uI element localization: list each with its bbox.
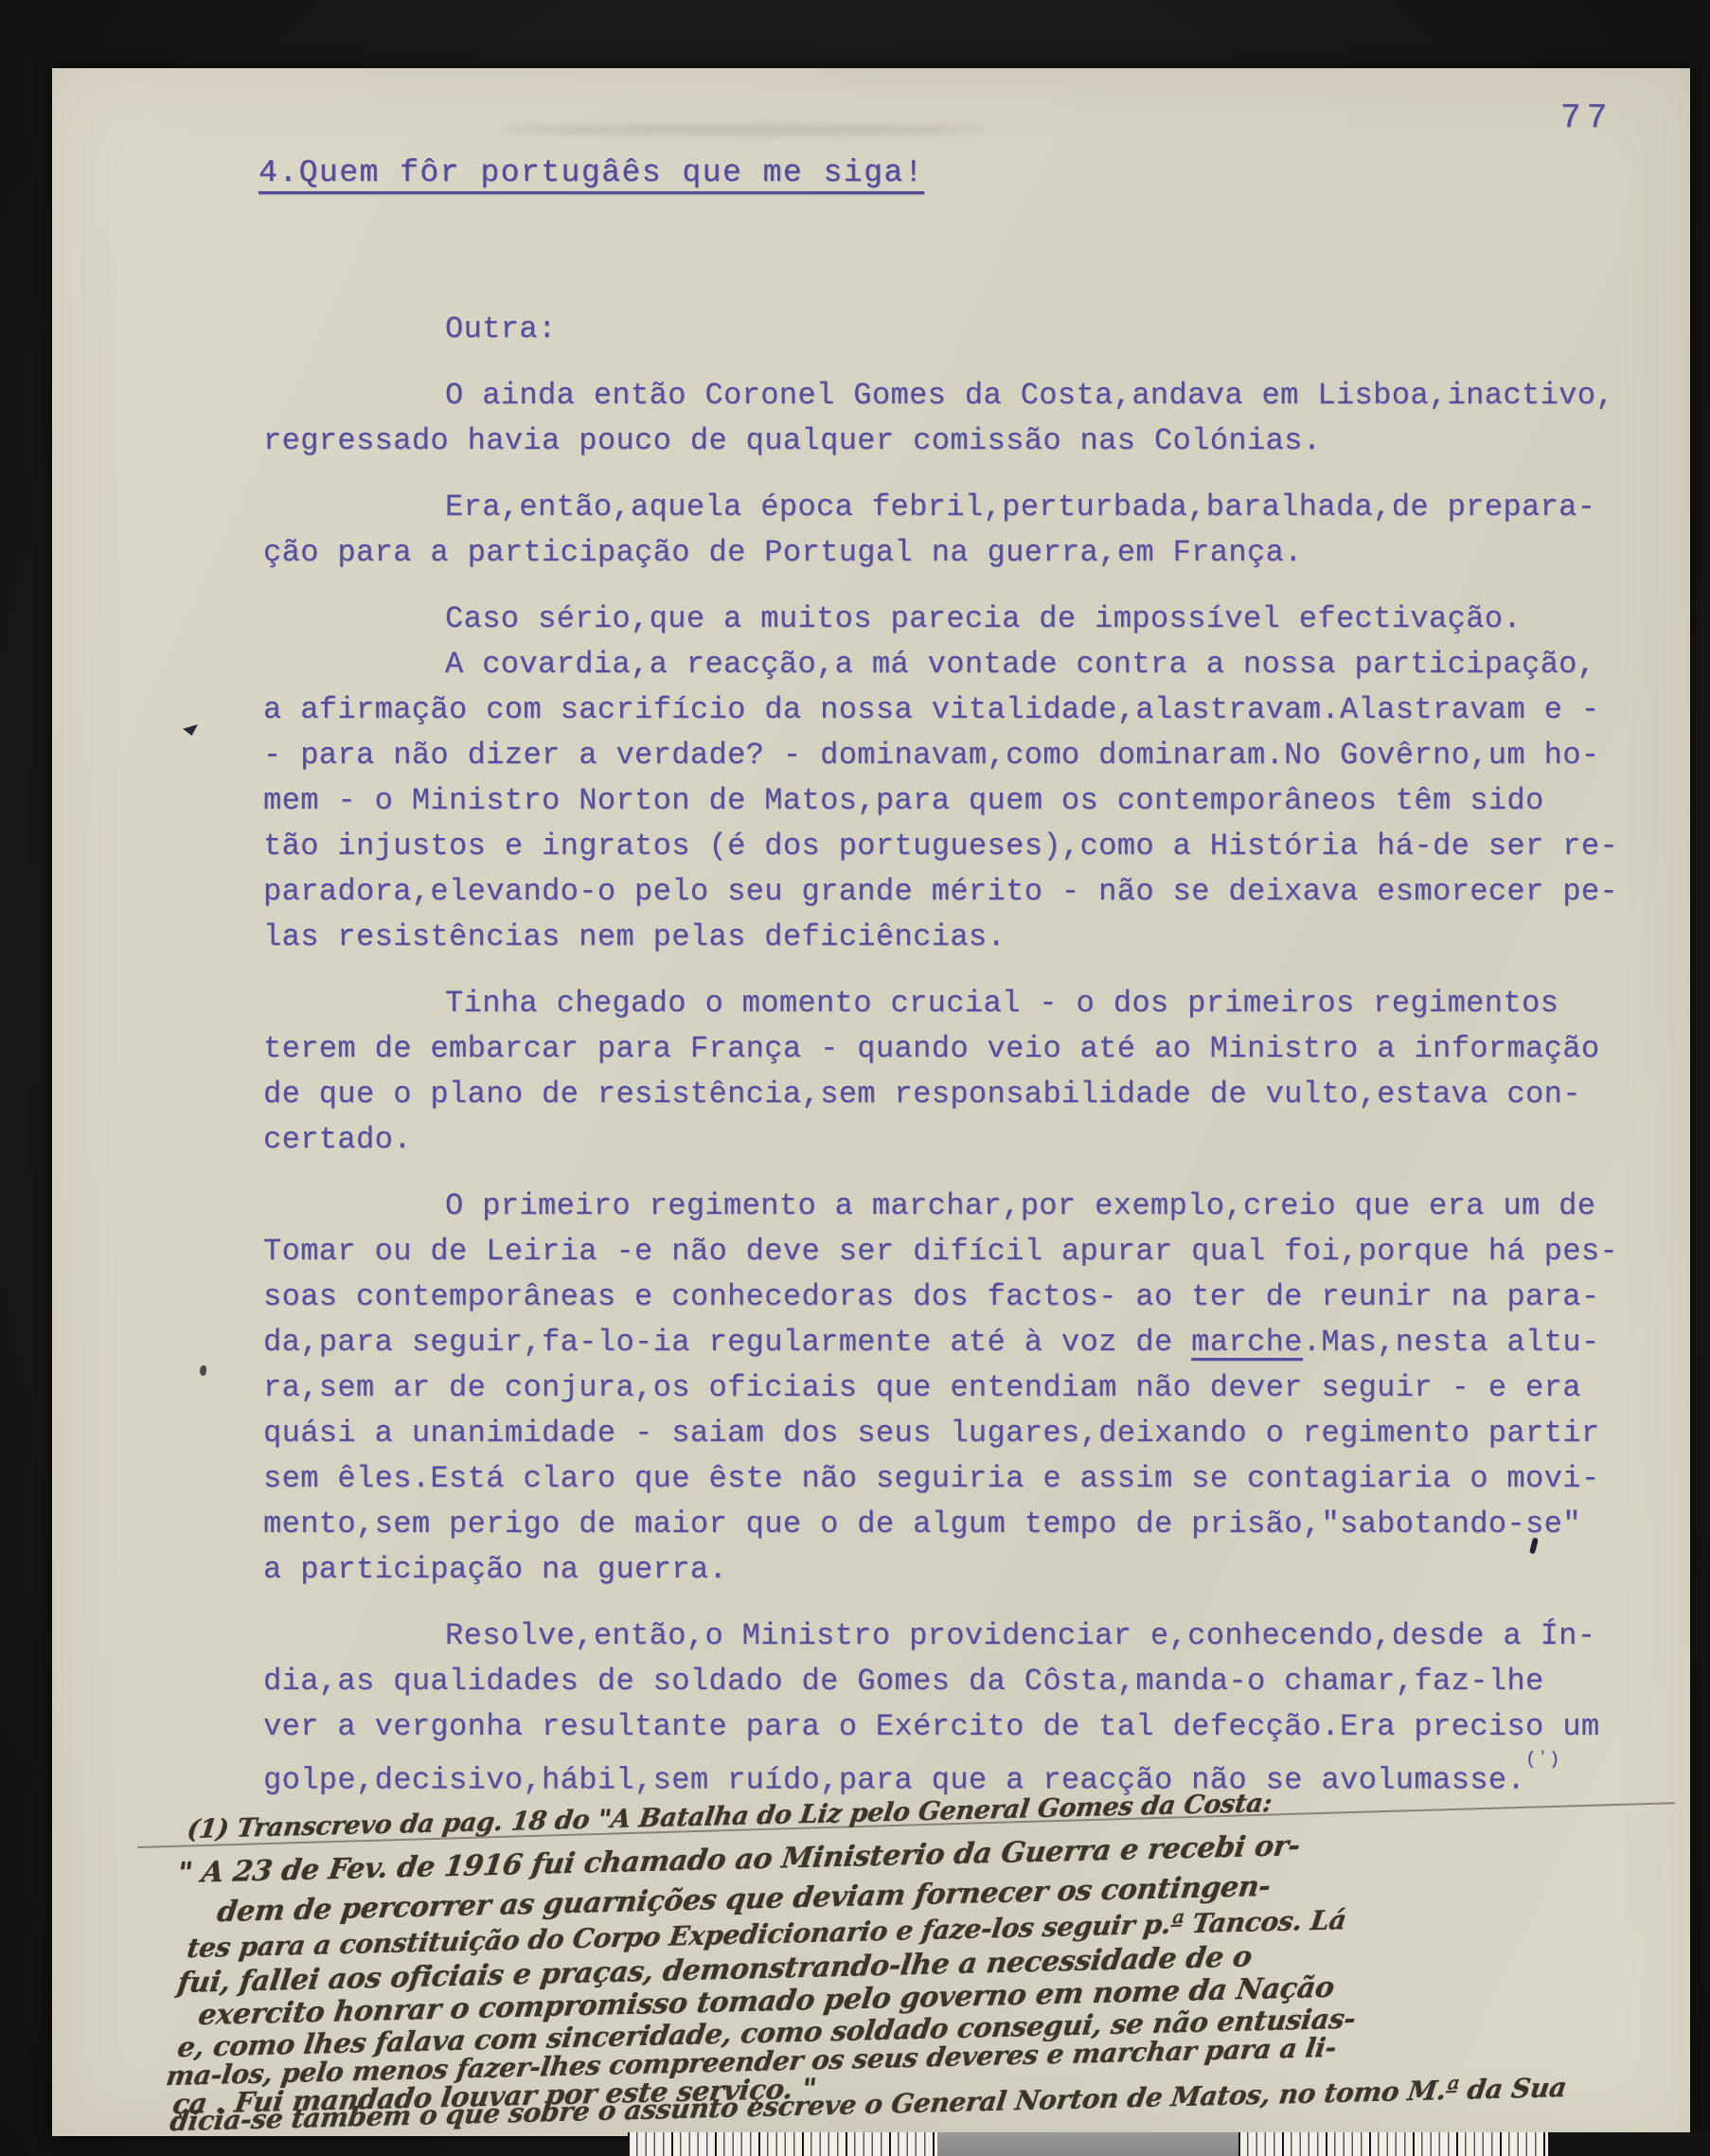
typed-line: ver a vergonha resultante para o Exércit… <box>263 1704 1665 1750</box>
typed-line: Resolve,então,o Ministro providenciar e,… <box>263 1613 1665 1659</box>
typed-line: quási a unanimidade - saiam dos seus lug… <box>263 1411 1665 1456</box>
pencil-smudge <box>497 123 989 136</box>
scale-ruler <box>628 2132 1710 2156</box>
footnote-line: exercito honrar o compromisso tomado pel… <box>196 1971 1336 2032</box>
footnote-line: ma-los, pelo menos fazer-lhes compreende… <box>165 2032 1339 2092</box>
typed-line: sem êles.Está claro que êste não seguiri… <box>263 1456 1665 1502</box>
typed-line: Tomar ou de Leiria -e não deve ser difíc… <box>263 1229 1665 1274</box>
typed-paragraph: Outra: <box>263 307 1665 352</box>
typed-line: Tinha chegado o momento crucial - o dos … <box>263 981 1665 1026</box>
typed-line: dia,as qualidades de soldado de Gomes da… <box>263 1659 1665 1704</box>
typed-line: regressado havia pouco de qualquer comis… <box>263 419 1665 464</box>
footnote-line: " A 23 de Fev. de 1916 fui chamado ao Mi… <box>175 1829 1302 1890</box>
footnote-line: ça . Fui mandado louvar por este serviço… <box>170 2072 818 2120</box>
footnote-line: dicia-se tambem o que sobre o assunto es… <box>169 2072 1569 2136</box>
typed-paragraph: Resolve,então,o Ministro providenciar e,… <box>263 1613 1665 1804</box>
typed-line: de que o plano de resistência,sem respon… <box>263 1072 1665 1117</box>
typed-line: certado. <box>263 1117 1665 1163</box>
page-number: 77 <box>1560 98 1612 137</box>
typed-line: paradora,elevando-o pelo seu grande méri… <box>263 869 1665 915</box>
typed-line: las resistências nem pelas deficiências. <box>263 915 1665 960</box>
scan-background: 77 4.Quem fôr portugâês que me siga! Out… <box>0 0 1710 2156</box>
footnote-line: e, como lhes falava com sinceridade, com… <box>175 2003 1357 2064</box>
footnote-marker: (ʼ) <box>1525 1749 1560 1770</box>
typed-block: Outra:O ainda então Coronel Gomes da Cos… <box>263 286 1665 1804</box>
typed-line: Caso sério,que a muitos parecia de impos… <box>263 597 1665 642</box>
document-title: 4.Quem fôr portugâês que me siga! <box>258 155 924 190</box>
typed-line: golpe,decisivo,hábil,sem ruído,para que … <box>263 1750 1665 1804</box>
ruler-tick-segment <box>1238 2132 1548 2156</box>
typed-paragraph: O primeiro regimento a marchar,por exemp… <box>263 1184 1665 1593</box>
typed-line: O primeiro regimento a marchar,por exemp… <box>263 1184 1665 1229</box>
ruler-tick-segment <box>628 2132 937 2156</box>
typed-line: da,para seguir,fa-lo-ia regularmente até… <box>263 1320 1665 1365</box>
typed-paragraph: Era,então,aquela época febril,perturbada… <box>263 485 1665 576</box>
footnote-line: tes para a constituição do Corpo Expedic… <box>186 1904 1348 1964</box>
typed-paragraph: Tinha chegado o momento crucial - o dos … <box>263 981 1665 1163</box>
typed-line: a afirmação com sacrifício da nossa vita… <box>263 687 1665 733</box>
ruler-gray-segment <box>937 2132 1238 2156</box>
typed-line: O ainda então Coronel Gomes da Costa,and… <box>263 373 1665 419</box>
typed-line: ção para a participação de Portugal na g… <box>263 530 1665 576</box>
typed-line: soas contemporâneas e conhecedoras dos f… <box>263 1274 1665 1320</box>
typed-line: mem - o Ministro Norton de Matos,para qu… <box>263 778 1665 824</box>
typed-paragraph: A covardia,a reacção,a má vontade contra… <box>263 642 1665 960</box>
typed-line: terem de embarcar para França - quando v… <box>263 1026 1665 1072</box>
typed-line: Era,então,aquela época febril,perturbada… <box>263 485 1665 530</box>
typed-line: Outra: <box>263 307 1665 352</box>
typed-line: tão injustos e ingratos (é dos portugues… <box>263 824 1665 869</box>
typed-line: ra,sem ar de conjura,os oficiais que ent… <box>263 1365 1665 1411</box>
typed-line: mento,sem perigo de maior que o de algum… <box>263 1502 1665 1547</box>
footnote-line: fui, fallei aos oficiais e praças, demon… <box>175 1940 1254 2000</box>
ink-speck <box>183 724 198 736</box>
footnote-separator-line <box>137 1802 1675 1848</box>
typed-paragraph: Caso sério,que a muitos parecia de impos… <box>263 597 1665 642</box>
typed-line: A covardia,a reacção,a má vontade contra… <box>263 642 1665 687</box>
document-page: 77 4.Quem fôr portugâês que me siga! Out… <box>52 68 1690 2136</box>
typed-line: - para não dizer a verdade? - dominavam,… <box>263 733 1665 778</box>
footnote-line: dem de percorrer as guarnições que devia… <box>215 1870 1273 1929</box>
typed-line: a participação na guerra. <box>263 1547 1665 1593</box>
ink-speck <box>200 1365 206 1376</box>
typed-paragraph: O ainda então Coronel Gomes da Costa,and… <box>263 373 1665 464</box>
ruler-black-segment <box>1548 2132 1710 2156</box>
